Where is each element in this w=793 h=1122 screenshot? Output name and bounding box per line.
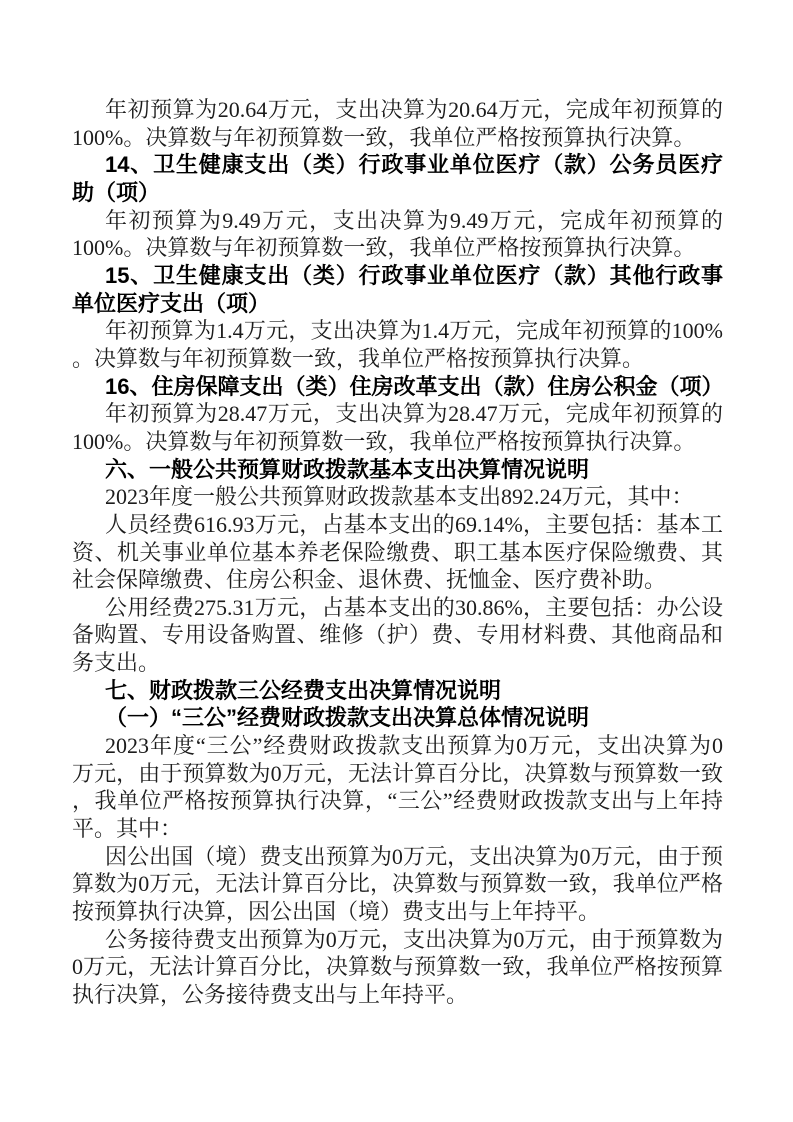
text-line: 。决算数与年初预算数一致，我单位严格按预算执行决算。 — [72, 345, 723, 373]
text-line: 助（项） — [72, 179, 723, 207]
section-heading: 15、卫生健康支出（类）行政事业单位医疗（款）其他行政事业单位医疗支出（项） — [72, 262, 723, 317]
document-page: 年初预算为20.64万元，支出决算为20.64万元，完成年初预算的100%。决算… — [0, 0, 793, 1122]
text-line: 100%。决算数与年初预算数一致，我单位严格按预算执行决算。 — [72, 124, 723, 152]
text-line: 15、卫生健康支出（类）行政事业单位医疗（款）其他行政事业 — [72, 262, 723, 290]
paragraph: 年初预算为28.47万元，支出决算为28.47万元，完成年初预算的100%。决算… — [72, 400, 723, 455]
paragraph: 2023年度一般公共预算财政拨款基本支出892.24万元，其中： — [72, 483, 723, 511]
text-line: （一）“三公”经费财政拨款支出决算总体情况说明 — [72, 704, 723, 732]
text-line: 平。其中： — [72, 815, 723, 843]
text-line: 资、机关事业单位基本养老保险缴费、职工基本医疗保险缴费、其他 — [72, 539, 723, 567]
text-line: 年初预算为9.49万元，支出决算为9.49万元，完成年初预算的 — [72, 207, 723, 235]
text-line: 按预算执行决算，因公出国（境）费支出与上年持平。 — [72, 898, 723, 926]
section-heading: （一）“三公”经费财政拨款支出决算总体情况说明 — [72, 704, 723, 732]
text-line: 0万元，无法计算百分比，决算数与预算数一致，我单位严格按预算 — [72, 953, 723, 981]
paragraph: 2023年度“三公”经费财政拨款支出预算为0万元，支出决算为0万元，由于预算数为… — [72, 732, 723, 843]
text-line: 2023年度“三公”经费财政拨款支出预算为0万元，支出决算为0 — [72, 732, 723, 760]
text-line: 2023年度一般公共预算财政拨款基本支出892.24万元，其中： — [72, 483, 723, 511]
text-line: 单位医疗支出（项） — [72, 290, 723, 318]
text-line: 年初预算为1.4万元，支出决算为1.4万元，完成年初预算的100% — [72, 317, 723, 345]
section-heading: 16、住房保障支出（类）住房改革支出（款）住房公积金（项） — [72, 373, 723, 401]
section-heading: 七、财政拨款三公经费支出决算情况说明 — [72, 677, 723, 705]
text-line: 14、卫生健康支出（类）行政事业单位医疗（款）公务员医疗补 — [72, 151, 723, 179]
text-line: 六、一般公共预算财政拨款基本支出决算情况说明 — [72, 456, 723, 484]
text-line: 七、财政拨款三公经费支出决算情况说明 — [72, 677, 723, 705]
paragraph: 年初预算为20.64万元，支出决算为20.64万元，完成年初预算的100%。决算… — [72, 96, 723, 151]
text-line: 年初预算为28.47万元，支出决算为28.47万元，完成年初预算的 — [72, 400, 723, 428]
text-line: 16、住房保障支出（类）住房改革支出（款）住房公积金（项） — [72, 373, 723, 401]
paragraph: 因公出国（境）费支出预算为0万元，支出决算为0万元，由于预算数为0万元，无法计算… — [72, 843, 723, 926]
text-line: 社会保障缴费、住房公积金、退休费、抚恤金、医疗费补助。 — [72, 566, 723, 594]
section-heading: 六、一般公共预算财政拨款基本支出决算情况说明 — [72, 456, 723, 484]
section-heading: 14、卫生健康支出（类）行政事业单位医疗（款）公务员医疗补助（项） — [72, 151, 723, 206]
text-line: ，我单位严格按预算执行决算，“三公”经费财政拨款支出与上年持 — [72, 787, 723, 815]
paragraph: 年初预算为1.4万元，支出决算为1.4万元，完成年初预算的100%。决算数与年初… — [72, 317, 723, 372]
text-line: 公用经费275.31万元，占基本支出的30.86%，主要包括：办公设 — [72, 594, 723, 622]
text-line: 100%。决算数与年初预算数一致，我单位严格按预算执行决算。 — [72, 234, 723, 262]
text-line: 年初预算为20.64万元，支出决算为20.64万元，完成年初预算的 — [72, 96, 723, 124]
document-text-block: 年初预算为20.64万元，支出决算为20.64万元，完成年初预算的100%。决算… — [72, 96, 723, 1009]
paragraph: 公用经费275.31万元，占基本支出的30.86%，主要包括：办公设备购置、专用… — [72, 594, 723, 677]
text-line: 万元，由于预算数为0万元，无法计算百分比，决算数与预算数一致 — [72, 760, 723, 788]
text-line: 备购置、专用设备购置、维修（护）费、专用材料费、其他商品和服 — [72, 621, 723, 649]
text-line: 算数为0万元，无法计算百分比，决算数与预算数一致，我单位严格 — [72, 870, 723, 898]
text-line: 公务接待费支出预算为0万元，支出决算为0万元，由于预算数为 — [72, 926, 723, 954]
text-line: 执行决算，公务接待费支出与上年持平。 — [72, 981, 723, 1009]
paragraph: 公务接待费支出预算为0万元，支出决算为0万元，由于预算数为0万元，无法计算百分比… — [72, 926, 723, 1009]
paragraph: 人员经费616.93万元，占基本支出的69.14%，主要包括：基本工资、机关事业… — [72, 511, 723, 594]
text-line: 人员经费616.93万元，占基本支出的69.14%，主要包括：基本工 — [72, 511, 723, 539]
text-line: 因公出国（境）费支出预算为0万元，支出决算为0万元，由于预 — [72, 843, 723, 871]
text-line: 100%。决算数与年初预算数一致，我单位严格按预算执行决算。 — [72, 428, 723, 456]
text-line: 务支出。 — [72, 649, 723, 677]
paragraph: 年初预算为9.49万元，支出决算为9.49万元，完成年初预算的100%。决算数与… — [72, 207, 723, 262]
